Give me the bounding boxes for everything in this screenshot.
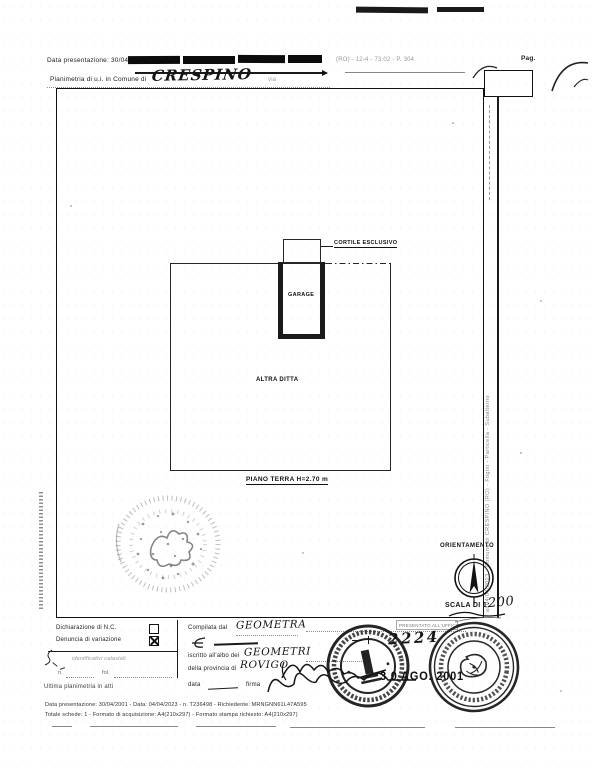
scan-speck: [520, 452, 522, 454]
scan-speck: [70, 205, 72, 207]
floor-height-label: PIANO TERRA H=2.70 m: [246, 476, 328, 485]
redaction-bar: [128, 56, 180, 64]
scan-artifact-line: [196, 726, 276, 727]
scan-artifact-bar: [437, 7, 484, 12]
dotted-fill-line: [66, 676, 94, 678]
dotted-fill-line: [114, 676, 172, 678]
signature-label: firma: [246, 682, 260, 688]
scan-speck: [452, 122, 454, 124]
leader-line: [321, 246, 333, 247]
scale-label: SCALA DI 1:: [445, 602, 490, 609]
footer-metadata-line2: Totale schede: 1 - Formato di acquisizio…: [45, 712, 298, 718]
scan-artifact-line: [290, 727, 425, 728]
arrow-mark: [322, 70, 328, 76]
garage-label: GARAGE: [288, 292, 314, 298]
handwritten-flourish: [548, 55, 592, 97]
scale-value-handwritten: 200: [487, 594, 515, 611]
scan-speck: [560, 690, 562, 692]
other-firm-label: ALTRA DITTA: [256, 377, 298, 383]
declaration-checkbox: [149, 624, 159, 634]
handwritten-dash: [214, 642, 258, 645]
cadastral-ids-label: identificativi catastali: [72, 656, 126, 662]
variation-checkbox: [149, 636, 159, 646]
last-plan-note: Ultima planimetria in atti: [44, 684, 113, 690]
frame-corner-box: [484, 70, 533, 97]
courtyard-label: CORTILE ESCLUSIVO: [334, 240, 397, 248]
garage-wall-bottom: [278, 334, 325, 339]
declaration-label: Dichiarazione di N.C.: [56, 625, 117, 631]
left-margin-vertical-text: [39, 492, 43, 610]
scan-artifact-line: [52, 726, 72, 727]
page-number-label: Pag.: [521, 55, 536, 62]
scan-artifact-bar: [356, 7, 428, 14]
scan-artifact-line: [455, 727, 555, 728]
dotted-fill-line: [236, 634, 298, 636]
fol-label: fol.: [102, 670, 110, 676]
handwritten-dash: [208, 687, 238, 690]
form-divider-horizontal: [48, 651, 177, 652]
dashed-margin-line: [489, 105, 491, 200]
frame-right-column-line: [497, 96, 499, 618]
plot-top-edge: [170, 263, 326, 264]
garage-wall-right: [320, 262, 325, 339]
orientation-label: ORIENTAMENTO: [440, 543, 494, 549]
compiled-by-handwritten: GEOMETRA: [236, 618, 307, 631]
header-faded-reference: (RO) - 12-4 - 73.02 - P. 304: [336, 57, 414, 63]
courtyard-outline: [283, 239, 321, 263]
redaction-bar: [288, 55, 322, 63]
compiled-by-label: Compilata dal: [188, 625, 227, 631]
roll-label: iscritto all'albo dei: [188, 653, 239, 659]
scan-speck: [540, 300, 542, 302]
variation-label: Denuncia di variazione: [56, 637, 121, 643]
garage-wall-left: [278, 262, 283, 339]
form-divider-vertical: [177, 620, 178, 678]
comune-handwritten-value: CRESPINO: [151, 65, 253, 85]
underline-rule: [345, 72, 465, 73]
scanned-cadastral-plan-page: Data presentazione: 30/04/2001 - (RO) - …: [0, 0, 593, 768]
scan-artifact-line: [90, 726, 178, 727]
date-label: data: [188, 682, 200, 688]
protocol-number-handwritten: 2224: [388, 628, 441, 649]
footer-metadata-line1: Data presentazione: 30/04/2001 - Data: 0…: [45, 702, 307, 708]
faded-round-stamp: [111, 494, 223, 596]
scan-speck: [302, 552, 304, 554]
plan-title-text: Planimetria di u.i. in Comune di: [50, 76, 146, 83]
province-label: della provincia di: [188, 666, 236, 672]
redaction-bar: [183, 56, 235, 64]
num-label: n.: [58, 670, 63, 676]
plot-top-edge-dashed: [326, 263, 391, 264]
via-label: via: [268, 77, 276, 83]
handwritten-scribble: [190, 636, 210, 651]
redaction-bar: [238, 55, 285, 63]
